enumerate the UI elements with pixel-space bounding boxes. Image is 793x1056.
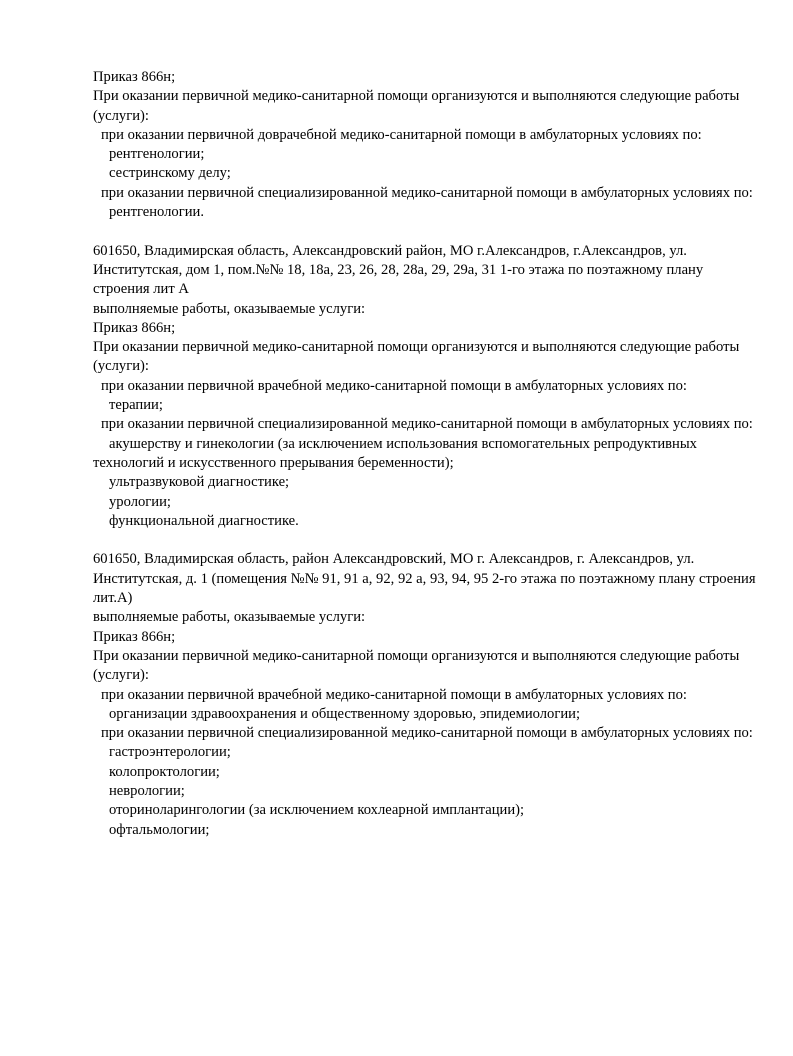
subsection-line: при оказании первичной врачебной медико-… <box>93 377 763 396</box>
list-item: урологии; <box>93 493 763 512</box>
paragraph-line: Приказ 866н; <box>93 68 763 87</box>
list-item: рентгенологии. <box>93 203 763 222</box>
paragraph-line: 601650, Владимирская область, Александро… <box>93 242 763 300</box>
document-section: 601650, Владимирская область, Александро… <box>93 242 763 531</box>
list-item: функциональной диагностике. <box>93 512 763 531</box>
subsection-line: при оказании первичной специализированно… <box>93 415 763 434</box>
subsection-line: при оказании первичной специализированно… <box>93 184 763 203</box>
paragraph-line: При оказании первичной медико-санитарной… <box>93 647 763 686</box>
subsection-line: при оказании первичной врачебной медико-… <box>93 686 763 705</box>
list-item: ультразвуковой диагностике; <box>93 473 763 492</box>
list-item: терапии; <box>93 396 763 415</box>
paragraph-line: выполняемые работы, оказываемые услуги: <box>93 300 763 319</box>
paragraph-line: 601650, Владимирская область, район Алек… <box>93 550 763 608</box>
subsection-line: при оказании первичной доврачебной медик… <box>93 126 763 145</box>
list-item: оториноларингологии (за исключением кохл… <box>93 801 763 820</box>
list-item: организации здравоохранения и общественн… <box>93 705 763 724</box>
list-item: неврологии; <box>93 782 763 801</box>
document-section: Приказ 866н;При оказании первичной медик… <box>93 68 763 222</box>
paragraph-line: выполняемые работы, оказываемые услуги: <box>93 608 763 627</box>
paragraph-line: Приказ 866н; <box>93 628 763 647</box>
list-item: гастроэнтерологии; <box>93 743 763 762</box>
document-section: 601650, Владимирская область, район Алек… <box>93 550 763 839</box>
list-item: колопроктологии; <box>93 763 763 782</box>
subsection-line: при оказании первичной специализированно… <box>93 724 763 743</box>
paragraph-line: Приказ 866н; <box>93 319 763 338</box>
list-item: офтальмологии; <box>93 821 763 840</box>
paragraph-line: При оказании первичной медико-санитарной… <box>93 338 763 377</box>
paragraph-line: При оказании первичной медико-санитарной… <box>93 87 763 126</box>
list-item: акушерству и гинекологии (за исключением… <box>93 435 763 474</box>
document-page: Приказ 866н;При оказании первичной медик… <box>93 68 763 859</box>
list-item: рентгенологии; <box>93 145 763 164</box>
list-item: сестринскому делу; <box>93 164 763 183</box>
